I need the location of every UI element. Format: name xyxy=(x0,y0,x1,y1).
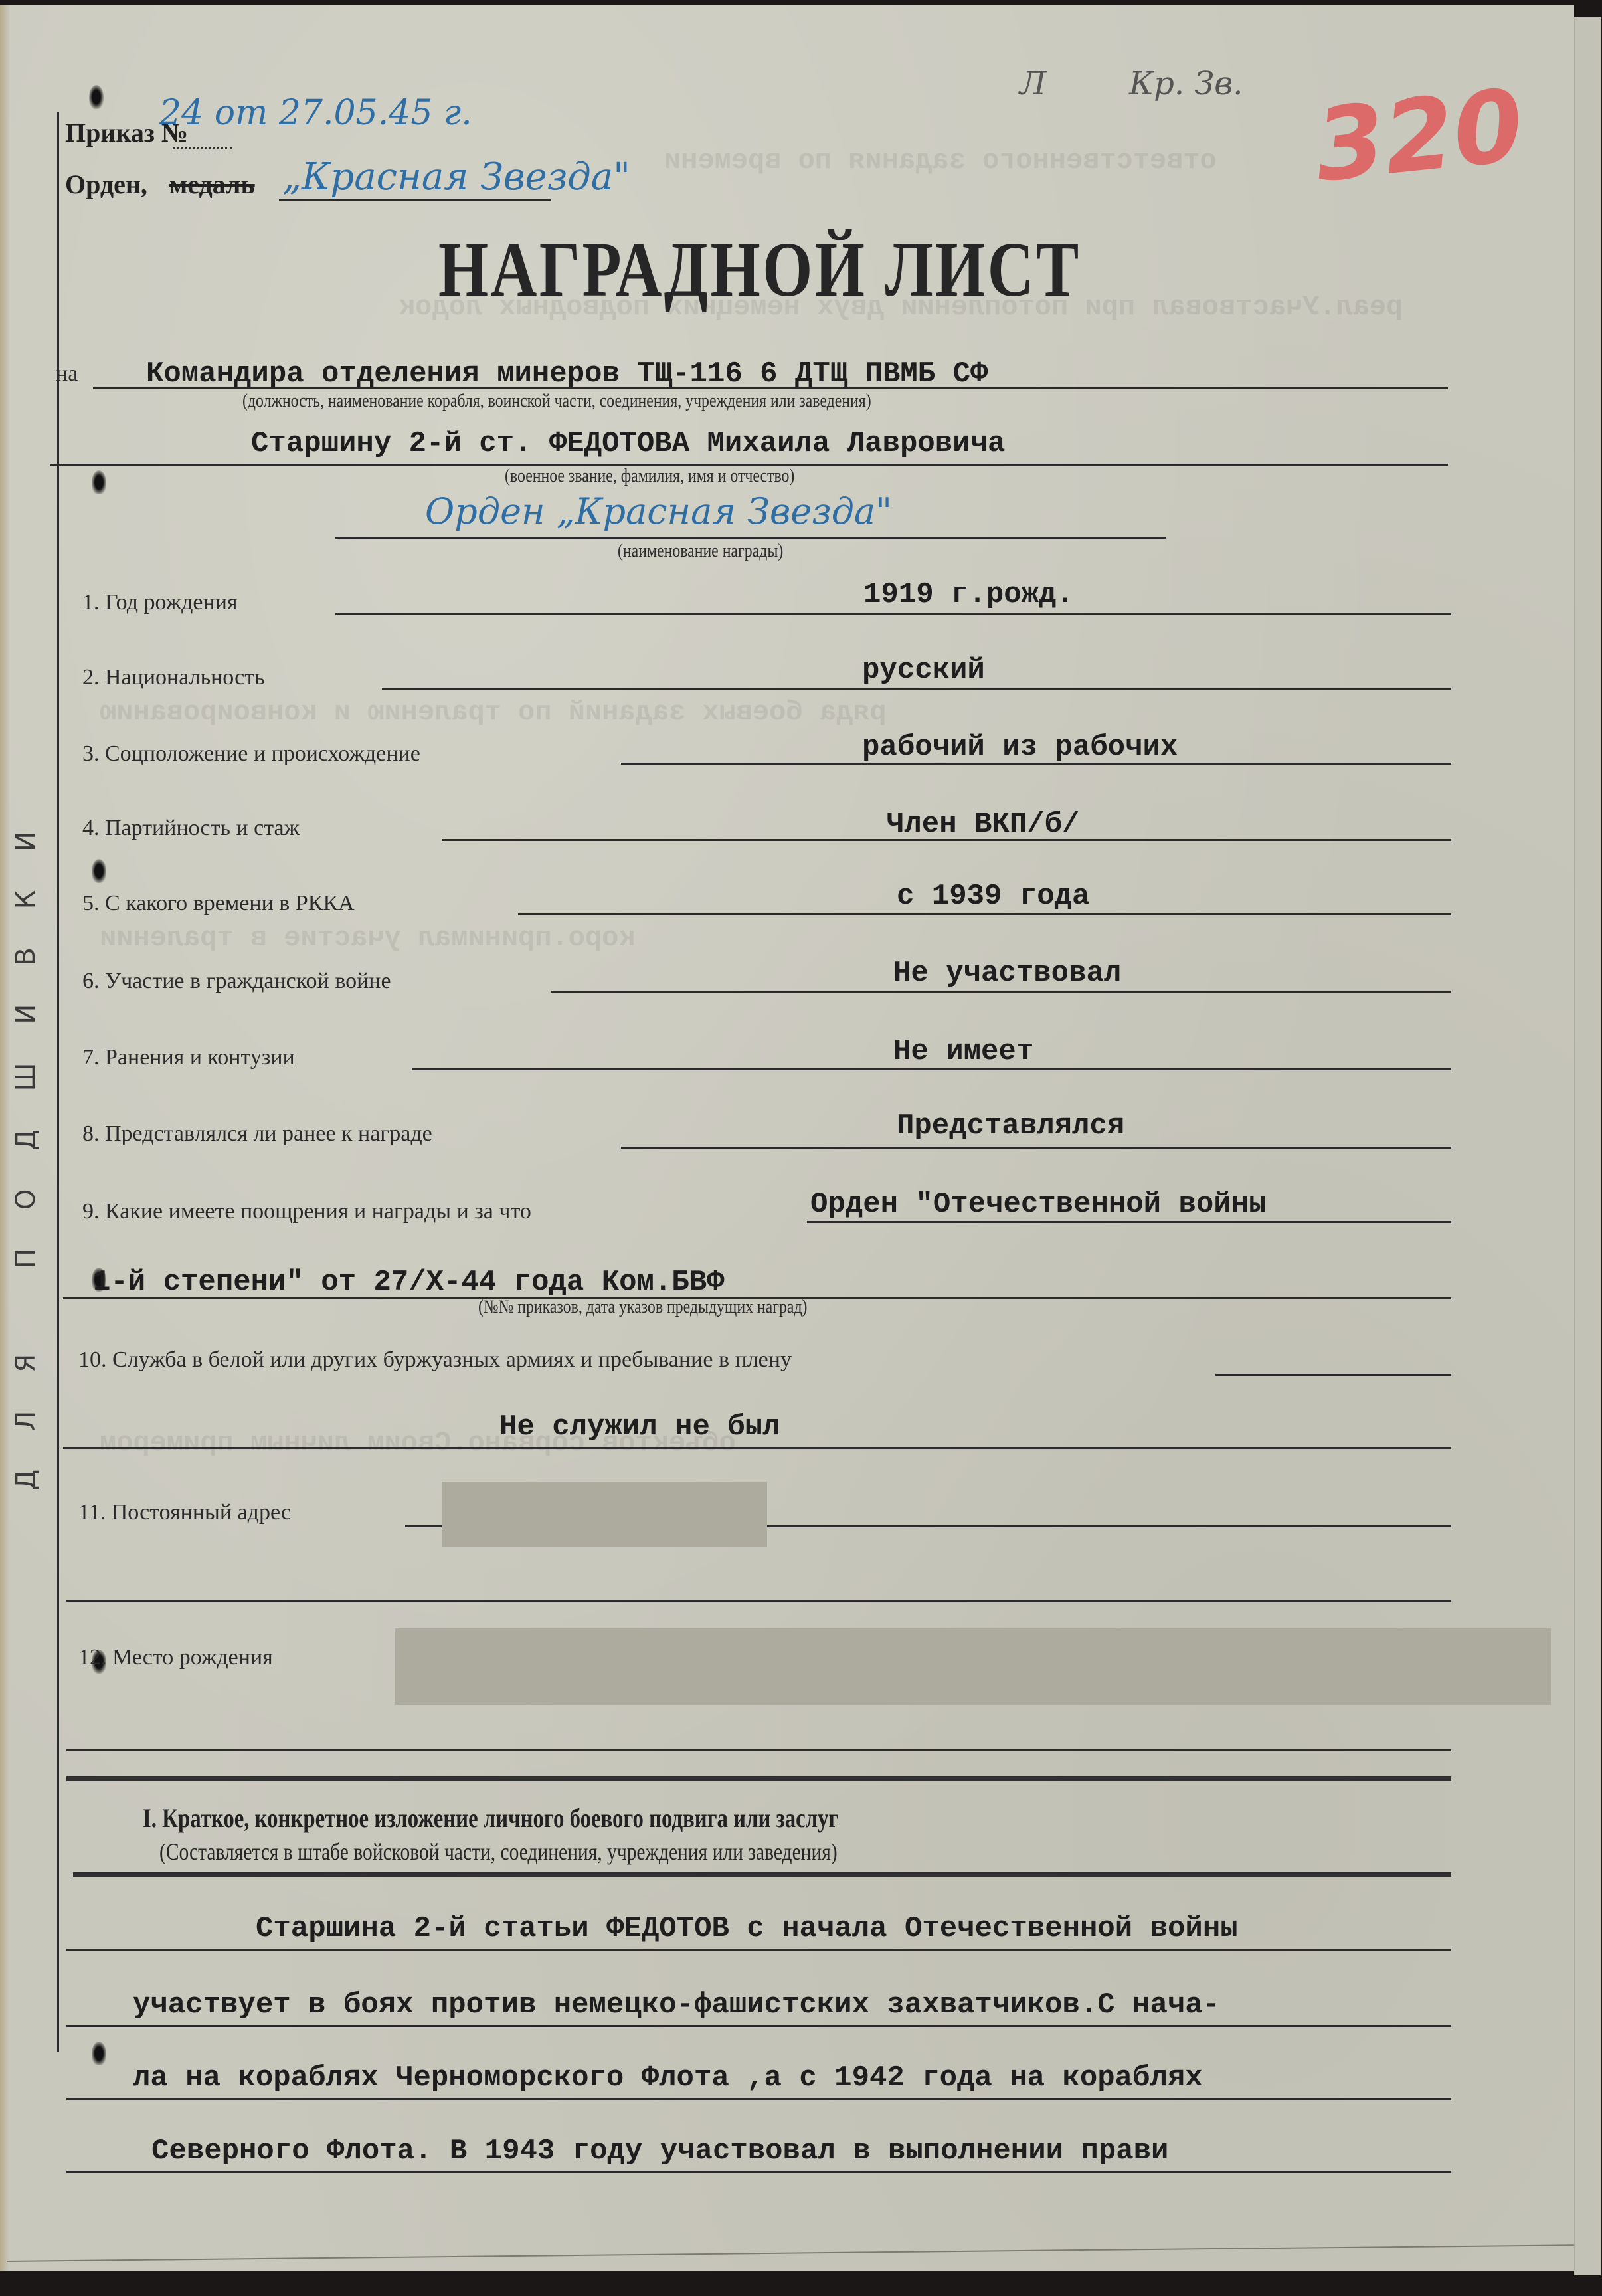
narrative-text-line: Северного Флота. В 1943 году участвовал … xyxy=(151,2135,1168,2168)
field-value: Не служил не был xyxy=(499,1410,780,1444)
na-label: на xyxy=(56,361,78,387)
binding-margin-label: ДЛЯ ПОДШИВКИ xyxy=(11,643,44,1640)
recipient-name-caption: (военное звание, фамилия, имя и отчество… xyxy=(505,466,794,487)
narrative-line xyxy=(66,2098,1451,2100)
field-label: 9. Какие имеете поощрения и награды и за… xyxy=(82,1199,531,1224)
section-divider-top xyxy=(66,1776,1451,1781)
order-number-line xyxy=(173,147,232,149)
recipient-name-value: Старшину 2-й ст. ФЕДОТОВА Михаила Лавров… xyxy=(251,427,1005,460)
field-label: 4. Партийность и стаж xyxy=(82,816,300,841)
field-value: Не участвовал xyxy=(893,957,1121,990)
bleed-through-text: коро.принимал участие в тралении xyxy=(100,922,636,954)
section-subtitle: (Составляется в штабе войсковой части, с… xyxy=(159,1838,838,1865)
field-value: Не имеет xyxy=(893,1035,1033,1068)
award-type-handwritten: „Красная Звезда" xyxy=(282,155,630,199)
punch-hole xyxy=(89,85,104,109)
field-value: рабочий из рабочих xyxy=(862,731,1178,764)
field-line xyxy=(382,688,1451,690)
field-value: русский xyxy=(862,654,985,687)
red-pencil-number: 320 xyxy=(1310,68,1529,205)
field-label: 3. Соцположение и происхождение xyxy=(82,741,420,767)
field-label: 5. С какого времени в РККА xyxy=(82,891,355,916)
binding-strip xyxy=(0,5,9,2271)
narrative-text-line: участвует в боях против немецко-фашистск… xyxy=(133,1988,1220,2022)
fold-crease xyxy=(7,2244,1574,2262)
award-sheet-page: ДЛЯ ПОДШИВКИ ответственного задания по в… xyxy=(0,5,1574,2271)
field-line xyxy=(807,1221,1451,1223)
field-value: 1919 г.рожд. xyxy=(863,578,1074,611)
section-title: I. Краткое, конкретное изложение личного… xyxy=(143,1802,838,1834)
narrative-line xyxy=(66,2025,1451,2027)
award-type-medal-struck: медаль xyxy=(169,169,255,200)
punch-hole xyxy=(92,859,106,883)
field-line xyxy=(551,991,1451,993)
bleed-through-text: ответственного задания по времени xyxy=(664,145,1217,177)
field-line-2 xyxy=(66,1600,1451,1602)
field-label: 8. Представлялся ли ранее к награде xyxy=(82,1121,432,1147)
field-caption: (№№ приказов, дата указов предыдущих наг… xyxy=(478,1297,807,1318)
field-label: 10. Служба в белой или других буржуазных… xyxy=(78,1347,792,1373)
award-name-handwritten: Орден „Красная Звезда" xyxy=(425,490,892,532)
field-label: 6. Участие в гражданской войне xyxy=(82,969,391,994)
narrative-line xyxy=(66,2171,1451,2173)
field-line xyxy=(518,913,1451,915)
underlying-page-edge xyxy=(1574,17,1601,2275)
award-name-caption: (наименование награды) xyxy=(618,541,783,562)
field-value: Представлялся xyxy=(897,1109,1124,1143)
field-value: с 1939 года xyxy=(897,880,1089,913)
narrative-line xyxy=(66,1949,1451,1951)
redacted-address xyxy=(442,1482,767,1547)
field-value-line-2: 1-й степени" от 27/X-44 года Ком.БВФ xyxy=(93,1266,725,1299)
field-label: 11. Постоянный адрес xyxy=(78,1500,291,1525)
field-line xyxy=(1215,1374,1451,1376)
position-value: Командира отделения минеров ТЩ-116 6 ДТЩ… xyxy=(146,357,988,391)
punch-hole xyxy=(92,470,106,494)
field-line xyxy=(335,613,1451,615)
field-label: 12. Место рождения xyxy=(78,1645,273,1670)
award-type-line xyxy=(279,199,551,201)
narrative-text-line: ла на кораблях Черноморского Флота ,а с … xyxy=(133,2061,1203,2095)
pencil-note-kr-zv: Кр. Зв. xyxy=(1129,65,1243,102)
field-line xyxy=(412,1068,1451,1070)
field-label: 2. Национальность xyxy=(82,665,265,690)
field-label: 7. Ранения и контузии xyxy=(82,1045,295,1070)
field-line xyxy=(621,1147,1451,1149)
narrative-text-line: Старшина 2-й статьи ФЕДОТОВ с начала Оте… xyxy=(256,1912,1238,1945)
award-type-label: Орден, xyxy=(65,169,147,200)
pencil-note-initial: Л xyxy=(1020,65,1046,102)
page-title: НАГРАДНОЙ ЛИСТ xyxy=(438,225,1081,315)
order-number-handwritten: 24 от 27.05.45 г. xyxy=(159,93,472,133)
position-caption: (должность, наименование корабля, воинск… xyxy=(242,391,871,412)
field-line-2 xyxy=(63,1447,1451,1449)
section-divider-bottom xyxy=(73,1872,1451,1877)
field-label: 1. Год рождения xyxy=(82,590,238,615)
punch-hole xyxy=(92,2042,106,2065)
bleed-through-text: ряда боевых заданий по тралению и конвои… xyxy=(100,696,887,728)
redacted-birthplace xyxy=(395,1628,1551,1705)
margin-rule xyxy=(57,112,59,2052)
award-name-line xyxy=(335,537,1166,539)
field-value: Член ВКП/б/ xyxy=(887,808,1079,841)
field-value: Орден "Отечественной войны xyxy=(810,1188,1267,1221)
field-line-2 xyxy=(66,1749,1451,1751)
